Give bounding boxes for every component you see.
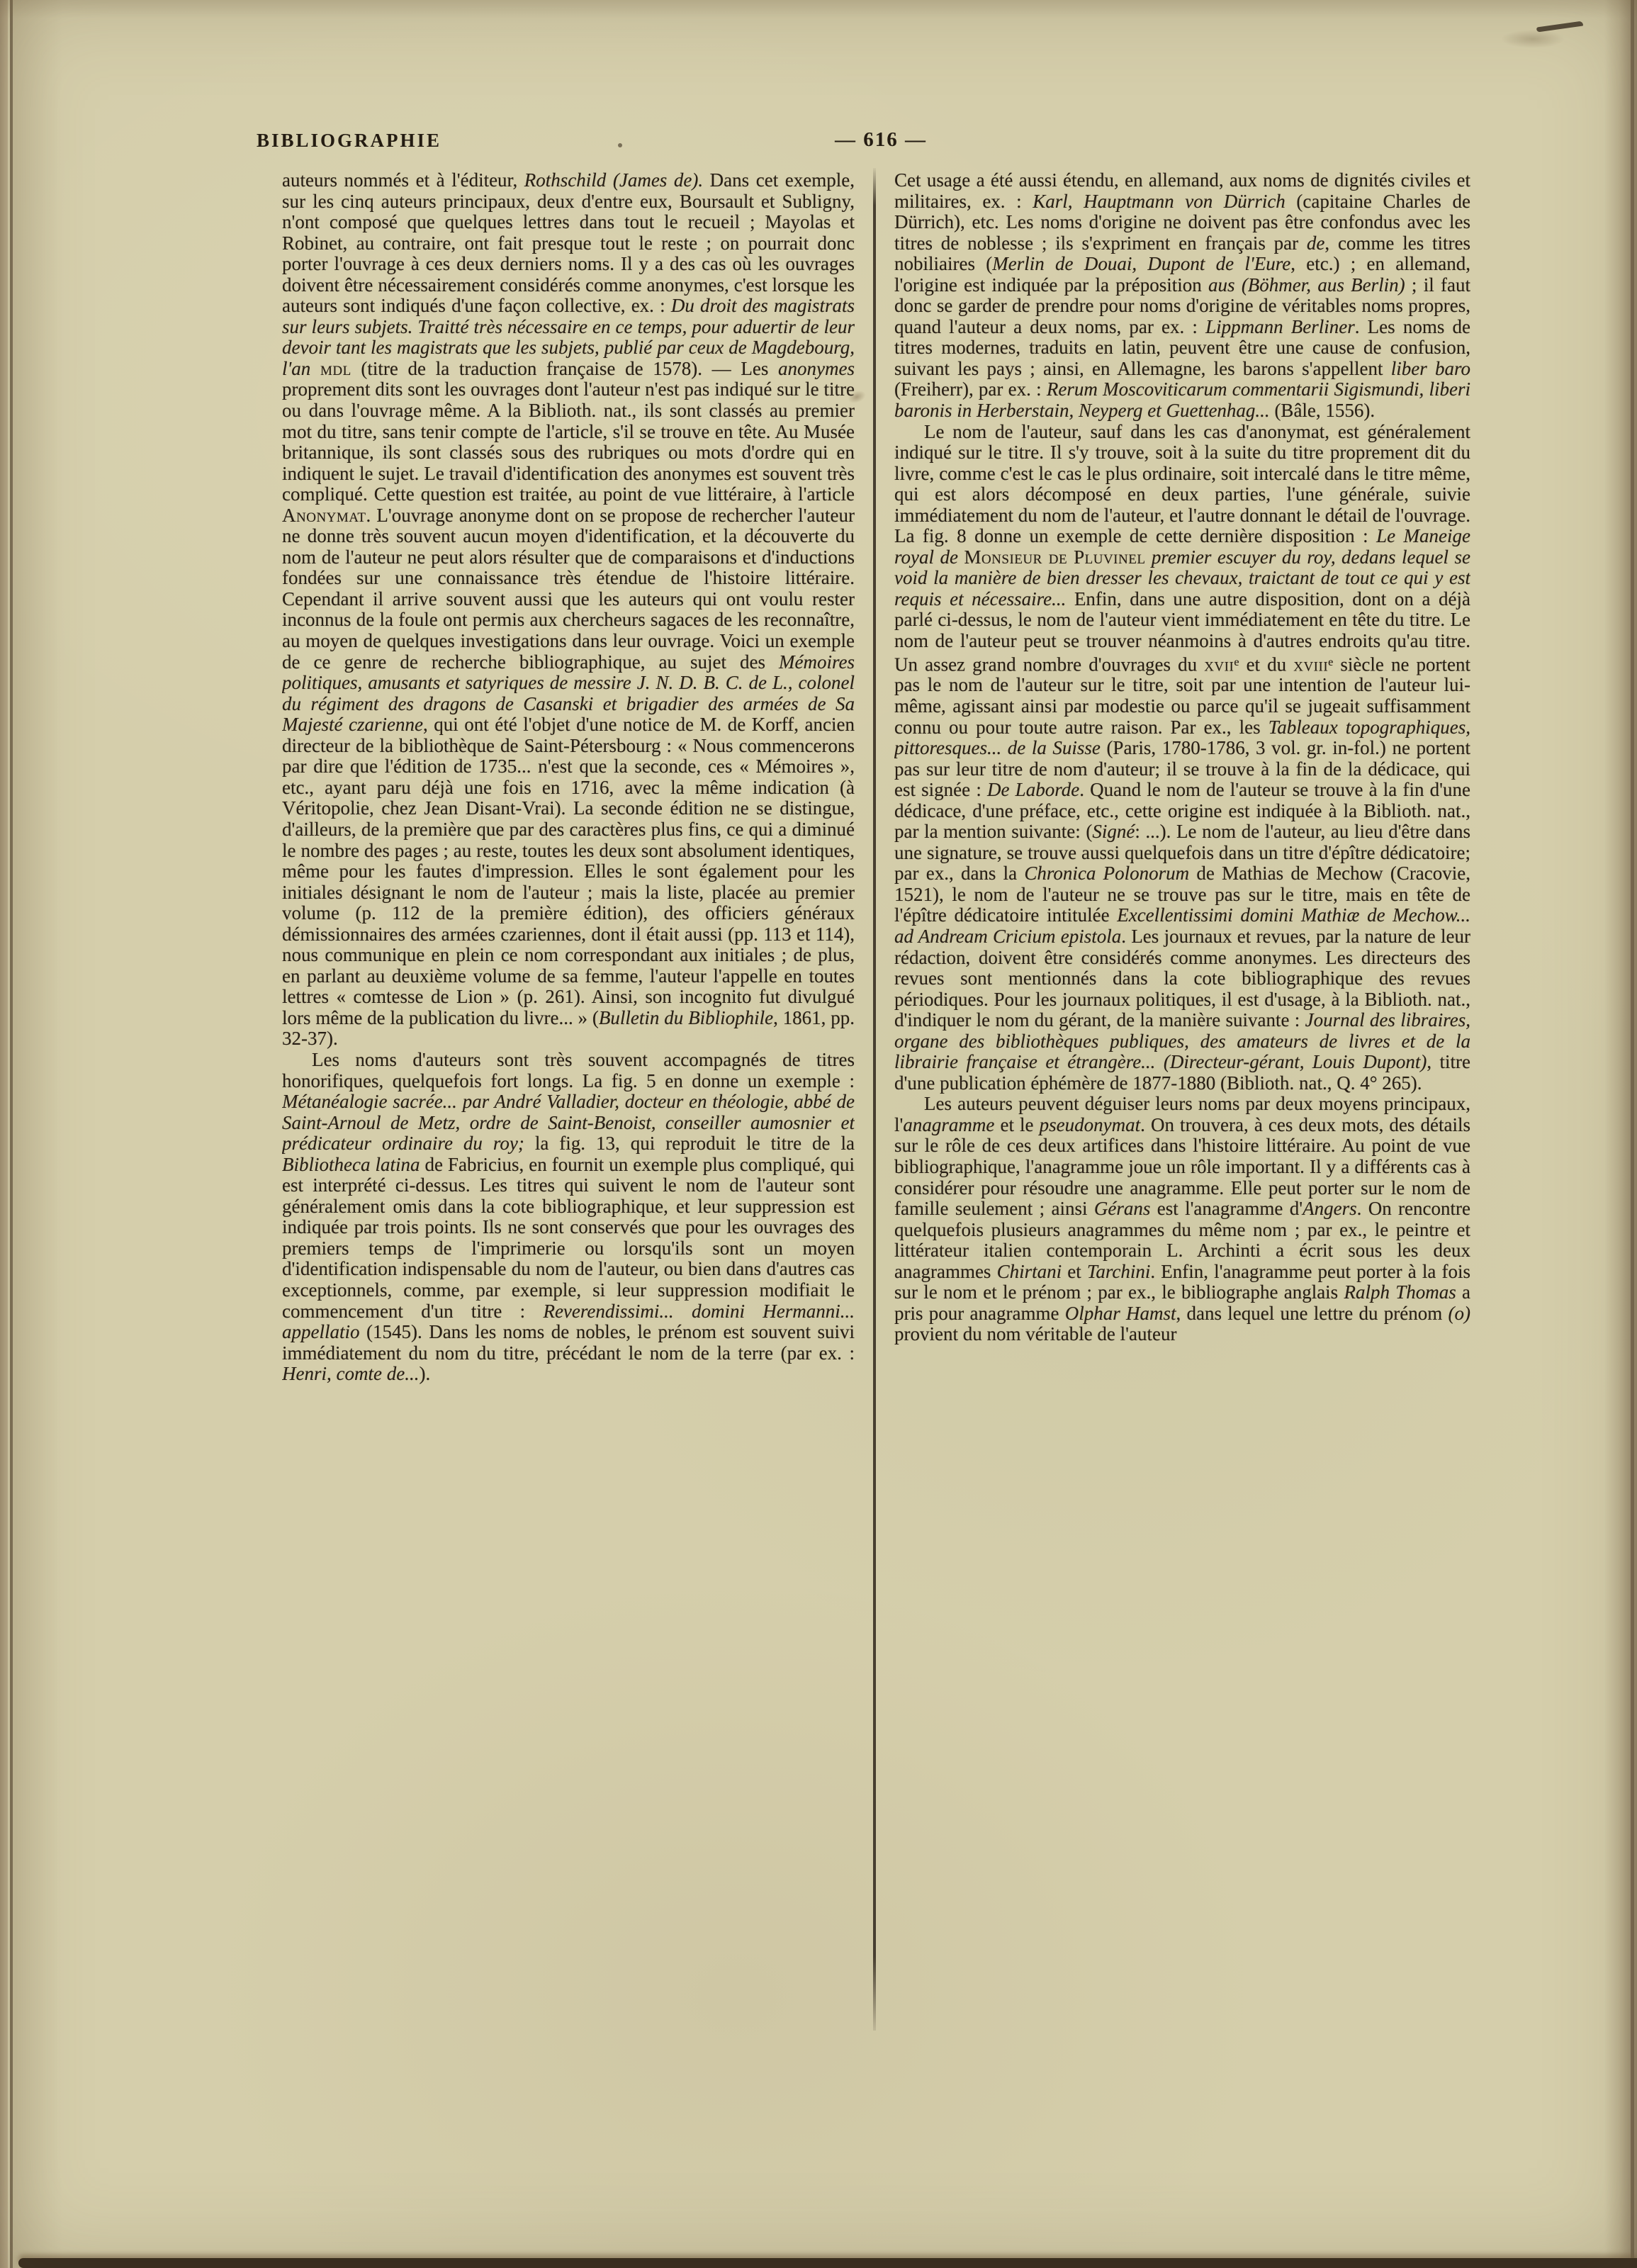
text-segment: Chirtani [997, 1261, 1062, 1282]
scanned-book-page: { "page": { "colors": { "paper": "#d5cea… [0, 0, 1637, 2268]
ink-smudge-top-right [1501, 30, 1565, 48]
text-segment: Anonymat [282, 505, 366, 526]
text-segment: Les noms d'auteurs sont très souvent acc… [282, 1049, 855, 1091]
text-segment: Angers [1303, 1198, 1357, 1219]
text-segment: Henri, comte de... [282, 1363, 419, 1384]
text-segment: mdl [320, 358, 351, 379]
text-segment: auteurs nommés et à l'éditeur, [282, 170, 524, 191]
text-segment: Rothschild (James de). [524, 170, 703, 191]
left-column: auteurs nommés et à l'éditeur, Rothschil… [282, 170, 855, 2064]
text-segment: anagramme [903, 1114, 994, 1135]
text-segment: (Bâle, 1556). [1270, 400, 1375, 421]
paragraph: Le nom de l'auteur, sauf dans les cas d'… [894, 422, 1470, 1094]
paragraph: Cet usage a été aussi étendu, en alleman… [894, 170, 1470, 422]
text-segment: de Fabricius, en fournit un exemple plus… [282, 1154, 855, 1322]
page-edge-stack-left [0, 0, 8, 2268]
text-segment: , qui ont été l'objet d'une notice de M.… [282, 714, 855, 1028]
text-segment: et le [994, 1114, 1039, 1135]
text-segment: Chronica Polonorum [1024, 863, 1189, 884]
text-segment: Gérans [1094, 1198, 1151, 1219]
text-segment: Ralph Thomas [1344, 1281, 1456, 1303]
running-header-title: BIBLIOGRAPHIE [257, 130, 441, 152]
text-segment: est l'anagramme d' [1150, 1198, 1303, 1219]
text-segment: la fig. 13, qui reproduit le titre de la [524, 1133, 855, 1154]
text-segment: e [1234, 656, 1239, 668]
text-segment: . L'ouvrage anonyme dont on se propose d… [282, 505, 855, 673]
text-segment: (o) [1448, 1303, 1470, 1324]
text-segment: xviii [1293, 653, 1328, 675]
text-segment: proprement dits sont les ouvrages dont l… [282, 378, 855, 505]
text-segment: aus (Böhmer, aus Berlin) [1208, 274, 1405, 296]
text-segment: (1545). Dans les noms de nobles, le prén… [282, 1321, 855, 1364]
text-segment: et [1062, 1261, 1087, 1282]
text-segment: Signé [1092, 821, 1135, 842]
column-divider-rule [873, 168, 876, 2031]
text-segment: Tarchini [1087, 1261, 1151, 1282]
page-edge-line-right [1631, 0, 1634, 2268]
text-segment: Bibliotheca latina [282, 1154, 420, 1175]
text-segment: provient du nom véritable de l'auteur [894, 1323, 1177, 1344]
page-edge-shade-left [13, 0, 62, 2268]
page-edge-shade-top [0, 0, 1637, 18]
text-segment: Merlin de Douai, Dupont de l'Eure [992, 253, 1290, 274]
right-column: Cet usage a été aussi étendu, en alleman… [894, 170, 1470, 2064]
text-segment: (titre de la traduction française de 157… [351, 358, 778, 379]
text-segment: , dans lequel une lettre du prénom [1176, 1303, 1448, 1324]
paragraph: auteurs nommés et à l'éditeur, Rothschil… [282, 170, 855, 1050]
text-segment: Lippmann Berliner [1205, 316, 1355, 337]
text-segment: Bulletin du Bibliophile [599, 1007, 773, 1028]
text-segment: Karl, Hauptmann von Dürrich [1033, 191, 1286, 212]
page-bottom-edge-bar [18, 2258, 1637, 2268]
page-number: — 616 — [835, 128, 927, 152]
text-segment: xvii [1204, 653, 1234, 675]
text-segment: Olphar Hamst [1065, 1303, 1176, 1324]
ink-speck-header [618, 143, 622, 147]
text-segment: et du [1239, 653, 1294, 675]
text-segment: de [1307, 232, 1324, 254]
text-segment: ). [419, 1363, 430, 1384]
text-segment: liber baro [1391, 358, 1470, 379]
text-segment: Monsieur de Pluvinel [964, 546, 1145, 568]
paragraph: Les noms d'auteurs sont très souvent acc… [282, 1050, 855, 1385]
text-segment: anonymes [778, 358, 855, 379]
text-segment: (Freiherr), par ex. : [894, 378, 1047, 400]
text-segment: pseudonymat [1040, 1114, 1140, 1135]
text-segment: De Laborde [987, 779, 1079, 800]
paragraph: Les auteurs peuvent déguiser leurs noms … [894, 1094, 1470, 1345]
